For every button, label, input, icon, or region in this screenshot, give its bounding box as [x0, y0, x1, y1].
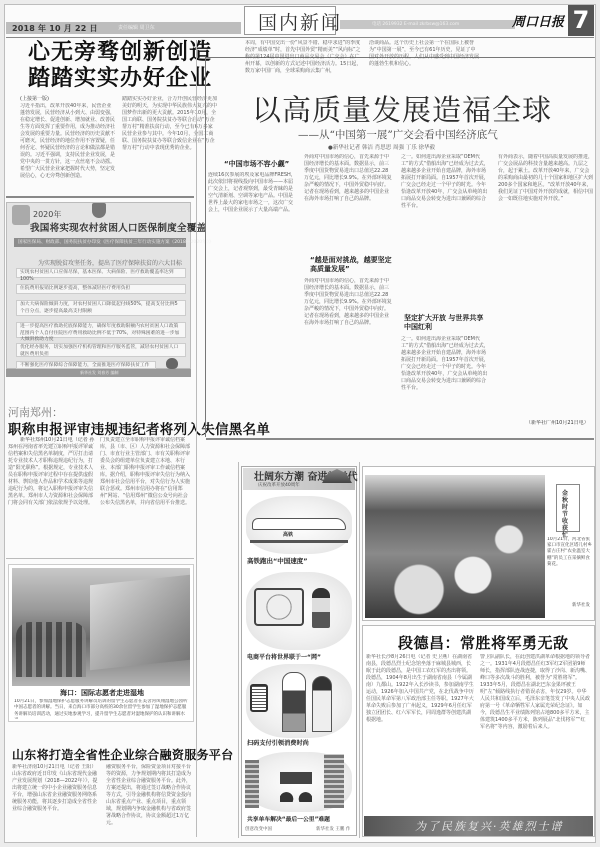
photo-visitors [16, 622, 86, 677]
article-column: 之一。如何进出海企业采取“OEM代工”的方式“借船出海”已经成为过去式，越来越多… [401, 336, 489, 432]
photo-credit: 新华社发 [572, 602, 590, 608]
main-byline: ●新华社记者 韩洁 肖思思 周强 丁乐 徐华毅 [328, 143, 435, 151]
section-divider [206, 438, 594, 440]
subhead: “越是面对挑战，越要坚定高质量发展” [310, 256, 392, 274]
qr-phone-icon [250, 684, 268, 712]
column-divider [359, 462, 360, 838]
article-column: 之一。如何进出海企业采取“OEM代工”的方式“借船出海”已经成为过去式，越来越多… [401, 154, 489, 314]
article-column: 门负责建立全市职称申报评审诚信档案库，县（市、区）人力资源和社会保障部门、市直行… [100, 437, 192, 552]
issue-date: 2018 年 10 月 22 日 [12, 23, 98, 34]
infographic-year: 2020年 [33, 209, 61, 220]
hospital-icon [12, 205, 30, 225]
photo-caption-title: 海口：国际志愿者走进湿地 [60, 688, 144, 698]
section-divider [6, 558, 194, 559]
man-figure [282, 672, 306, 732]
henan-lead: 新华社郑州10月21日电（记者 孙清清）记者从郑州市人力资源和社会保障局获悉，为… [20, 437, 96, 444]
bridge-icon [250, 540, 348, 543]
dateline: （新华社广州10月21日电） [526, 420, 589, 427]
flower-greenhouse-photo[interactable] [365, 475, 545, 618]
photo-caption: 10月21日，河北省张家口市宣化区塔儿村乡霍古庄村“农业温室大棚”的员工在采摘鲜… [547, 537, 593, 583]
headline-line-1: 心无旁骛创新创造 [28, 40, 212, 66]
woman-figure [312, 676, 332, 732]
heart-icon [166, 358, 178, 369]
infographic-credit: 新华社发 刘春芳 编制 [80, 370, 119, 376]
article-column: 习近平指出，改革开放40年来，民营企业蓬勃发展，民营经济从小到大、由弱变强，在稳… [20, 103, 115, 181]
article-column: 郑州在河南省率先建立职称申报评审诚信档案和失信黑名单制度，严厉打击请托专业技术人… [8, 444, 96, 552]
cartoon-caption: 共享单车解决“最后一公里”难题 [247, 814, 330, 823]
cartoon-footer-left: 创意改变中国 [245, 826, 272, 832]
article-column: 新华社济南10月21日电（记者 王阳）山东省政府近日印发《山东省现代金融产业发展… [12, 764, 100, 838]
building-icon [245, 760, 259, 808]
column-divider [238, 462, 239, 838]
article-column: 警卫队副队长，在此创建洪湖革命根据地的领导者之一。1931年4月段德昌任红3军红… [480, 654, 590, 814]
main-subtitle: ——从“中国第一展”广交会看中国经济底气 [298, 127, 498, 142]
lead-column: 本周，有中国交出一份“风景不错、稳中求进”的季度经济“成绩单”时，首先中国外贸“… [245, 40, 363, 80]
article-column: 有外商表示，随着中国高质量发展的推进，广交会展品的科技含量越来越高。九层之台，起… [498, 154, 594, 416]
editor-credit: 责任编辑 周卫东 [118, 24, 155, 31]
header-divider [6, 37, 594, 38]
column-divider [196, 40, 197, 837]
cartoon-banner-subtitle: 庆祝改革开放40周年 [258, 482, 300, 488]
globe-monitor-icon [254, 588, 304, 626]
infographic-item: 进一步提高医疗救助托底保障能力，确保年度救助限额内农村贫困人口政策范围内个人自付… [16, 322, 186, 338]
infographic-title: 我国将实现农村贫困人口医保制度全覆盖 [30, 220, 206, 234]
main-headline[interactable]: 以高质量发展造福全球 [252, 88, 552, 129]
building-icon [324, 754, 344, 808]
infographic-item: 优化经办服务，切实加强医疗机构管理和医疗服务监管，减轻农村贫困人口就医费用负担 [16, 343, 186, 357]
train-icon [252, 518, 346, 530]
infographic-item: 实现农村贫困人口应保尽保，基本医保、大病保险、医疗救助覆盖率达到100% [16, 268, 186, 278]
newspaper-logo: 周口日报 [512, 11, 564, 30]
cartoon-caption: 扫码支付引领消费时尚 [247, 738, 309, 747]
left-top-headline[interactable]: 心无旁骛创新创造 踏踏实实办好企业 [28, 40, 212, 92]
infographic-subtitle: 为实现脱贫攻坚任务，提出了医疗保障扶贫的六大目标 [38, 258, 182, 267]
article-column: 外商对中国市场的信心，首先来源于中国经济增长的基本面。数据显示，前三季度中国货物… [304, 154, 392, 254]
subhead: “中国市场不容小觑” [224, 160, 289, 169]
subhead: 坚定扩大开放 与世界共享中国红利 [404, 314, 488, 332]
main-article-body: “中国市场不容小觑” 连续16次参展的埃及家电品牌FRESH，此次依旧将视线投向… [208, 154, 596, 432]
duan-headline[interactable]: 段德昌：常胜将军勇无敌 [398, 632, 569, 653]
article-column: 新华社长沙8月26日电（记者 史卫燕）在湖南省南县，段德昌烈士纪念馆坐落于麻城县… [366, 654, 474, 814]
cartoon-caption: 高铁跑出“中国速度” [247, 556, 308, 565]
cartoon-caption: 电商平台将世界联于一“网” [247, 652, 321, 661]
shandong-headline[interactable]: 山东将打造全省性企业综合融资服务平台 [12, 746, 233, 763]
photo-exhibit-wall [90, 575, 190, 671]
infographic-item: 住院费用报销比例逐步提高，整体减轻医疗费用负担 [16, 284, 186, 294]
section-divider [6, 196, 194, 198]
infographic-item: 加大大病保险倾斜力度，对农村贫困人口降低起付线50%，提高支付比例5个百分点，逐… [16, 300, 186, 316]
article-column: 外商对中国市场的信心，首先来源于中国经济增长的基本面。数据显示，前三季度中国货物… [304, 278, 392, 432]
train-label: 高铁 [283, 531, 293, 538]
headline-line-2: 踏踏实实办好企业 [28, 66, 212, 92]
article-column: 融资服务平台，保险资金项目对接平台等的资源，力争规划期内将其打造成为全省性企业综… [106, 764, 194, 838]
infographic-source: 国家医保局、财政部、国务院扶贫办印发《医疗保障扶贫三年行动实施方案（2018—2… [18, 239, 214, 245]
infographic-item: 不断强化医疗保障综合保障能力，全面推进医疗保障扶贫工作 [16, 361, 156, 369]
photo-caption: 10月21日，参加湿地保护志愿服务讲解员培训的留学生志愿者在美舍河凤翔湿地公园听… [14, 699, 190, 719]
header-contact: 电话 2619932 E-mail zkrbsw@163.com [372, 21, 459, 27]
page-number: 7 [568, 5, 594, 36]
shield-icon [92, 203, 106, 218]
shopper-figure [312, 588, 330, 628]
cartoon-footer-right: 新华社发 王鹏 作 [316, 826, 350, 832]
continued-note: (上接第一版) [20, 95, 49, 102]
article-column: 踏踏实实办好企业，合力开创民营经济更加美好的明天，为实现中华民族伟大复兴的中国梦… [122, 96, 217, 181]
photo-tag: 金秋时节收获忙 [562, 490, 572, 539]
hero-series-title: 为了民族复兴·英雄烈士谱 [415, 818, 564, 834]
section-title: 国内新闻 [258, 8, 342, 35]
article-column: 连续16次参展的埃及家电品牌FRESH，此次依旧将视线投向中国市场——本届广交会… [208, 172, 296, 432]
bicycle-rider-icon [280, 772, 312, 802]
lead-column: 洽谈商品。这个历史上社会第一个在国际上被誉为“中国第一展”，至今已有61年历史，… [369, 40, 479, 72]
